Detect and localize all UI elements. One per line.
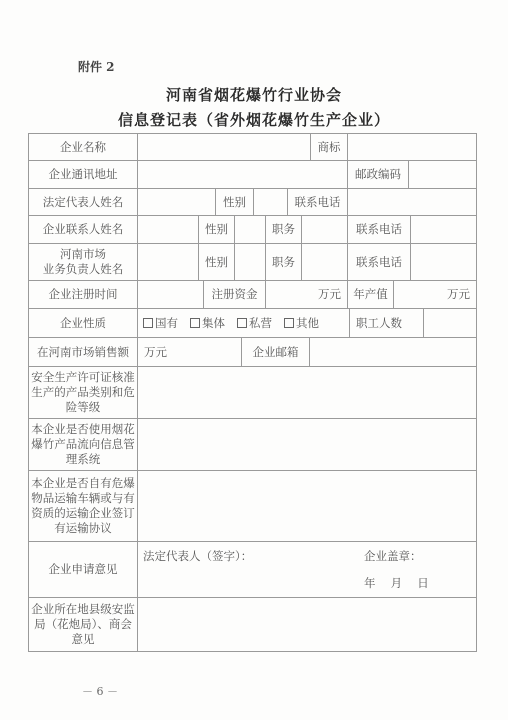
legal-rep-name-field[interactable]: [137, 188, 216, 216]
attachment-label: 附件 2: [78, 58, 115, 75]
label-safety-permit: 安全生产许可证核准生产的产品类别和危险等级: [28, 366, 138, 419]
nature-option-collective[interactable]: 集体: [190, 316, 225, 331]
label-email: 企业邮箱: [241, 337, 310, 367]
transport-field[interactable]: [137, 470, 477, 542]
employees-field[interactable]: [423, 308, 477, 338]
tracking-system-field[interactable]: [137, 418, 477, 471]
label-contact-gender: 性别: [198, 215, 235, 244]
address-field[interactable]: [137, 160, 348, 189]
label-address: 企业通讯地址: [28, 160, 138, 189]
annual-output-field[interactable]: 万元: [393, 280, 477, 309]
checkbox-icon[interactable]: [143, 318, 153, 328]
reg-capital-unit: 万元: [318, 287, 341, 302]
safety-permit-field[interactable]: [137, 366, 477, 419]
trademark-field[interactable]: [347, 133, 477, 161]
henan-sales-field[interactable]: 万元: [137, 337, 242, 367]
label-nature: 企业性质: [28, 308, 138, 338]
contact-position-field[interactable]: [301, 215, 348, 244]
label-contact-name: 企业联系人姓名: [28, 215, 138, 244]
company-seal-label: 企业盖章：: [364, 548, 422, 564]
label-henan-manager-line1: 河南市场: [60, 247, 106, 262]
label-company-name: 企业名称: [28, 133, 138, 161]
checkbox-icon[interactable]: [190, 318, 200, 328]
county-opinion-field[interactable]: [137, 597, 477, 652]
legal-rep-gender-field[interactable]: [253, 188, 288, 216]
email-field[interactable]: [309, 337, 477, 367]
label-contact-phone: 联系电话: [347, 215, 411, 244]
label-henan-sales: 在河南市场销售额: [28, 337, 138, 367]
checkbox-icon[interactable]: [237, 318, 247, 328]
annual-output-unit: 万元: [447, 287, 470, 302]
nature-option-state[interactable]: 国有: [143, 316, 178, 331]
label-legal-rep-phone: 联系电话: [287, 188, 348, 216]
contact-gender-field[interactable]: [234, 215, 266, 244]
label-henan-manager-line2: 业务负责人姓名: [43, 262, 124, 277]
henan-manager-name-field[interactable]: [137, 243, 199, 281]
manager-gender-field[interactable]: [234, 243, 266, 281]
page-subtitle: 信息登记表（省外烟花爆竹生产企业）: [0, 109, 508, 130]
legal-rep-signature-label: 法定代表人（签字）：: [143, 548, 252, 564]
reg-capital-field[interactable]: 万元: [265, 280, 348, 309]
label-legal-rep-gender: 性别: [215, 188, 254, 216]
postcode-field[interactable]: [408, 160, 477, 189]
henan-sales-unit: 万元: [144, 345, 167, 360]
label-tracking-system: 本企业是否使用烟花爆竹产品流向信息管理系统: [28, 418, 138, 471]
page-title: 河南省烟花爆竹行业协会: [0, 84, 508, 105]
reg-time-field[interactable]: [137, 280, 204, 309]
date-label: 年 月 日: [364, 575, 429, 591]
nature-option-other[interactable]: 其他: [284, 316, 319, 331]
label-manager-gender: 性别: [198, 243, 235, 281]
company-name-field[interactable]: [137, 133, 311, 161]
contact-name-field[interactable]: [137, 215, 199, 244]
manager-position-field[interactable]: [301, 243, 348, 281]
label-henan-manager: 河南市场 业务负责人姓名: [28, 243, 138, 281]
nature-options: 国有 集体 私营 其他: [137, 308, 350, 338]
label-manager-phone: 联系电话: [347, 243, 411, 281]
label-transport: 本企业是否自有危爆物品运输车辆或与有资质的运输企业签订有运输协议: [28, 470, 138, 542]
label-reg-capital: 注册资金: [203, 280, 266, 309]
label-contact-position: 职务: [265, 215, 302, 244]
contact-phone-field[interactable]: [410, 215, 477, 244]
label-employees: 职工人数: [349, 308, 424, 338]
label-annual-output: 年产值: [347, 280, 394, 309]
label-legal-rep: 法定代表人姓名: [28, 188, 138, 216]
label-postcode: 邮政编码: [347, 160, 409, 189]
label-application: 企业申请意见: [28, 541, 138, 598]
label-reg-time: 企业注册时间: [28, 280, 138, 309]
nature-option-private[interactable]: 私营: [237, 316, 272, 331]
label-county-opinion: 企业所在地县级安监局（花炮局）、商会意见: [28, 597, 138, 652]
manager-phone-field[interactable]: [410, 243, 477, 281]
label-trademark: 商标: [310, 133, 348, 161]
legal-rep-phone-field[interactable]: [347, 188, 477, 216]
label-manager-position: 职务: [265, 243, 302, 281]
checkbox-icon[interactable]: [284, 318, 294, 328]
page-number: － 6 －: [82, 683, 118, 699]
